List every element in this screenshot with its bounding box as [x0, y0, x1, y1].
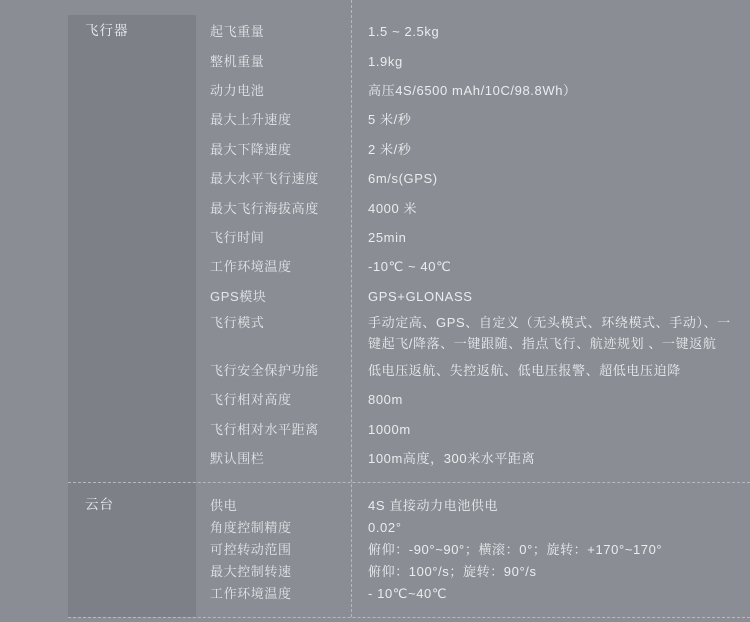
spec-label: 角度控制精度 — [210, 517, 368, 538]
spec-label: 最大上升速度 — [210, 109, 368, 130]
spec-row-battery: 动力电池 高压4S/6500 mAh/10C/98.8Wh） — [210, 76, 750, 105]
spec-label: 工作环境温度 — [210, 583, 368, 604]
spec-row-max-altitude: 最大飞行海拔高度 4000 米 — [210, 193, 750, 222]
spec-row-gimbal-operating-temp: 工作环境温度 - 10℃~40℃ — [210, 582, 750, 604]
spec-row-max-control-speed: 最大控制转速 俯仰：100°/s；旋转：90°/s — [210, 560, 750, 582]
section-title-aircraft: 飞行器 — [85, 21, 129, 41]
spec-label: 动力电池 — [210, 80, 368, 101]
spec-label: 飞行安全保护功能 — [210, 360, 368, 381]
spec-label: 飞行相对高度 — [210, 389, 368, 410]
spec-value: 手动定高、GPS、自定义（无头模式、环绕模式、手动）、一键起飞/降落、一键跟随、… — [368, 312, 750, 354]
spec-value: 1.9kg — [368, 51, 750, 72]
spec-value: 6m/s(GPS) — [368, 168, 750, 189]
spec-row-angle-accuracy: 角度控制精度 0.02° — [210, 516, 750, 538]
spec-row-max-descent-speed: 最大下降速度 2 米/秒 — [210, 135, 750, 164]
spec-sheet-page: 飞行器 云台 起飞重量 1.5 ~ 2.5kg 整机重量 1.9kg 动力电池 … — [0, 0, 750, 622]
spec-row-operating-temp: 工作环境温度 -10℃ ~ 40℃ — [210, 252, 750, 281]
spec-row-max-ascent-speed: 最大上升速度 5 米/秒 — [210, 105, 750, 134]
section-divider-dashed — [68, 482, 750, 483]
spec-value: 4S 直接动力电池供电 — [368, 495, 750, 516]
spec-row-power-supply: 供电 4S 直接动力电池供电 — [210, 494, 750, 516]
spec-value: 低电压返航、失控返航、低电压报警、超低电压迫降 — [368, 360, 750, 381]
spec-label: 飞行时间 — [210, 227, 368, 248]
spec-row-flight-modes: 飞行模式 手动定高、GPS、自定义（无头模式、环绕模式、手动）、一键起飞/降落、… — [210, 311, 750, 356]
spec-value: 5 米/秒 — [368, 109, 750, 130]
spec-label: 最大飞行海拔高度 — [210, 198, 368, 219]
spec-value: 0.02° — [368, 517, 750, 538]
spec-value: 俯仰：-90°~90°；横滚：0°；旋转：+170°~170° — [368, 539, 750, 560]
spec-label: 工作环境温度 — [210, 256, 368, 277]
spec-row-controllable-range: 可控转动范围 俯仰：-90°~90°；横滚：0°；旋转：+170°~170° — [210, 538, 750, 560]
spec-row-max-horizontal-speed: 最大水平飞行速度 6m/s(GPS) — [210, 164, 750, 193]
spec-row-total-weight: 整机重量 1.9kg — [210, 46, 750, 75]
spec-label: 可控转动范围 — [210, 539, 368, 560]
spec-label: 默认围栏 — [210, 448, 368, 469]
spec-value: -10℃ ~ 40℃ — [368, 256, 750, 277]
spec-label: GPS模块 — [210, 286, 368, 307]
spec-value: GPS+GLONASS — [368, 286, 750, 307]
spec-rows-gimbal: 供电 4S 直接动力电池供电 角度控制精度 0.02° 可控转动范围 俯仰：-9… — [210, 494, 750, 604]
spec-row-default-fence: 默认围栏 100m高度，300米水平距离 — [210, 444, 750, 473]
spec-value: 4000 米 — [368, 198, 750, 219]
spec-label: 飞行相对水平距离 — [210, 419, 368, 440]
spec-row-relative-distance: 飞行相对水平距离 1000m — [210, 415, 750, 444]
spec-value: - 10℃~40℃ — [368, 583, 750, 604]
spec-row-gps-module: GPS模块 GPS+GLONASS — [210, 282, 750, 311]
spec-row-safety-features: 飞行安全保护功能 低电压返航、失控返航、低电压报警、超低电压迫降 — [210, 356, 750, 385]
section-panel-aircraft — [68, 15, 196, 482]
spec-label: 起飞重量 — [210, 21, 368, 42]
spec-value: 100m高度，300米水平距离 — [368, 448, 750, 469]
spec-label: 最大水平飞行速度 — [210, 168, 368, 189]
spec-row-relative-height: 飞行相对高度 800m — [210, 385, 750, 414]
spec-value: 25min — [368, 227, 750, 248]
spec-value: 800m — [368, 389, 750, 410]
spec-value: 1000m — [368, 419, 750, 440]
spec-row-takeoff-weight: 起飞重量 1.5 ~ 2.5kg — [210, 17, 750, 46]
spec-label: 整机重量 — [210, 51, 368, 72]
spec-label: 最大控制转速 — [210, 561, 368, 582]
section-title-gimbal: 云台 — [85, 495, 114, 515]
bottom-divider-dashed — [68, 617, 750, 618]
spec-row-flight-time: 飞行时间 25min — [210, 223, 750, 252]
spec-value: 高压4S/6500 mAh/10C/98.8Wh） — [368, 80, 750, 101]
spec-label: 供电 — [210, 495, 368, 516]
spec-label: 飞行模式 — [210, 312, 368, 333]
spec-value: 1.5 ~ 2.5kg — [368, 21, 750, 42]
spec-value: 俯仰：100°/s；旋转：90°/s — [368, 561, 750, 582]
spec-label: 最大下降速度 — [210, 139, 368, 160]
spec-rows-aircraft: 起飞重量 1.5 ~ 2.5kg 整机重量 1.9kg 动力电池 高压4S/65… — [210, 17, 750, 473]
spec-value: 2 米/秒 — [368, 139, 750, 160]
